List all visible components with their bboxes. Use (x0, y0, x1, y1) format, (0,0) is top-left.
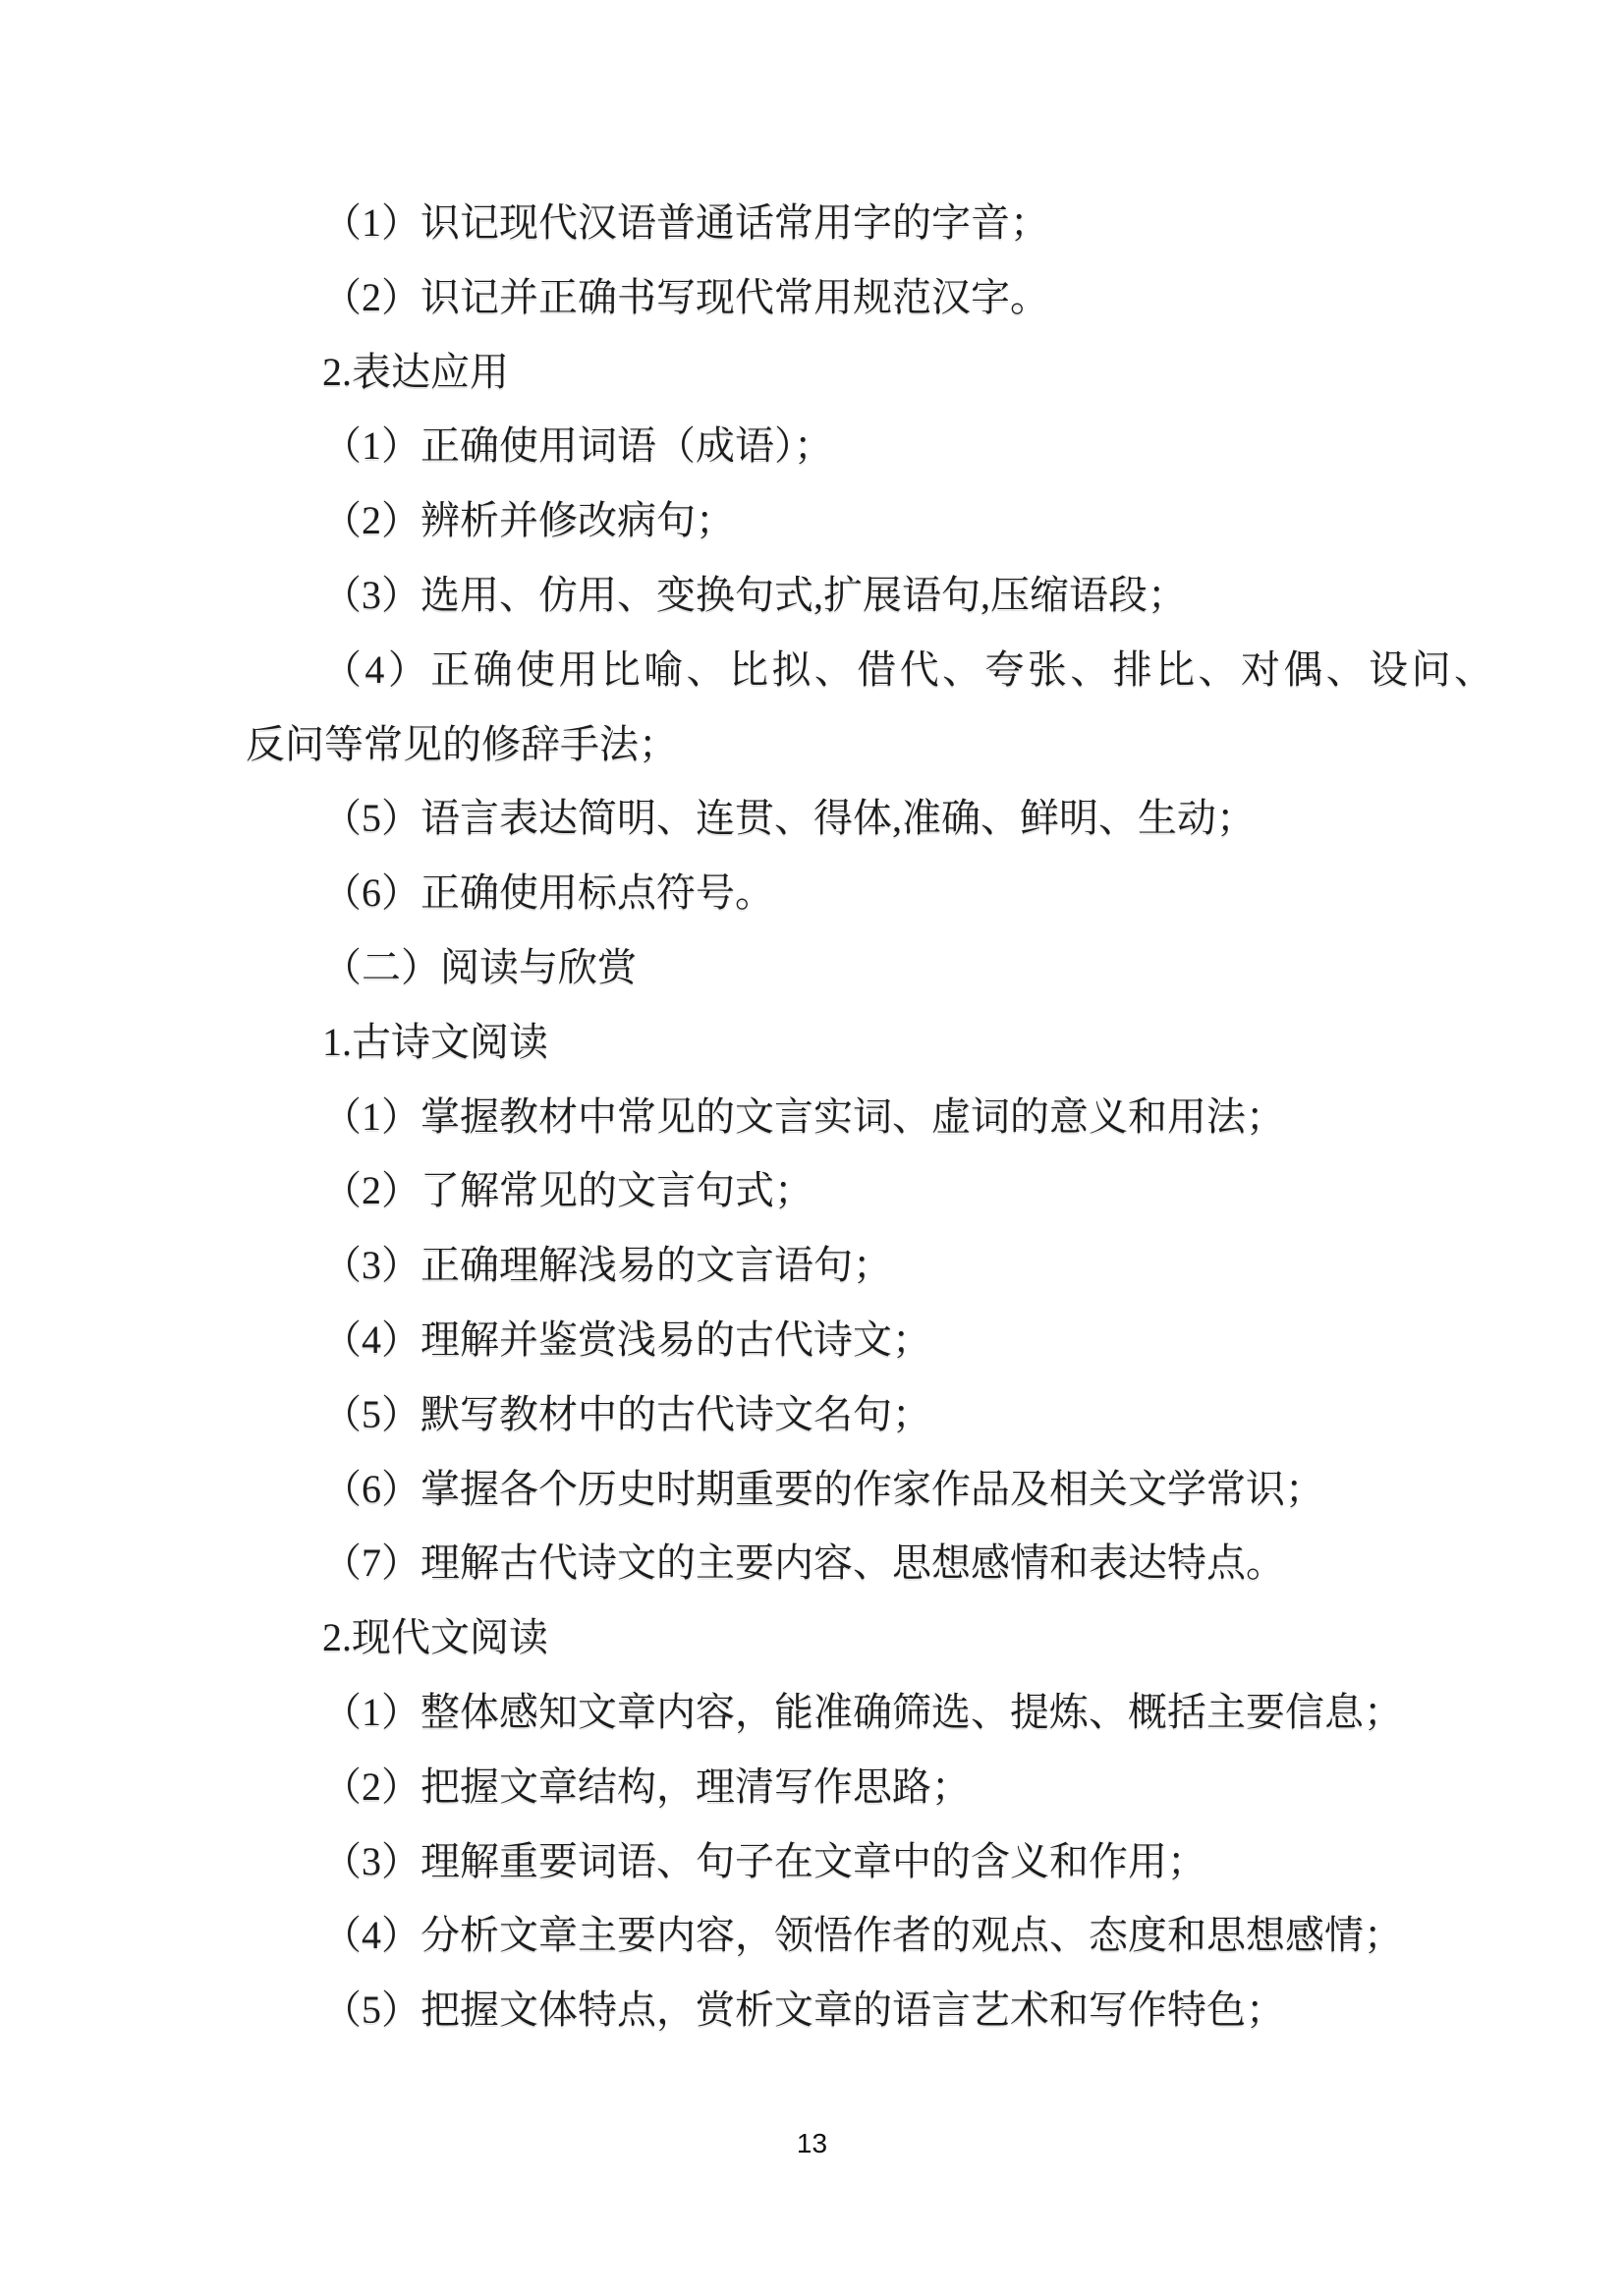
text-line: 1.古诗文阅读 (246, 1005, 1493, 1080)
text-line: （4）正确使用比喻、比拟、借代、夸张、排比、对偶、设问、 (246, 633, 1493, 707)
text-line: （6）正确使用标点符号。 (246, 856, 1493, 930)
text-line: （3）正确理解浅易的文言语句； (246, 1228, 1493, 1303)
text-line: （5）把握文体特点，赏析文章的语言艺术和写作特色； (246, 1973, 1493, 2047)
text-line: （1）整体感知文章内容，能准确筛选、提炼、概括主要信息； (246, 1675, 1493, 1750)
document-page: （1）识记现代汉语普通话常用字的字音；（2）识记并正确书写现代常用规范汉字。2.… (0, 0, 1624, 2296)
text-line: （二）阅读与欣赏 (246, 930, 1493, 1005)
text-line: （2）了解常见的文言句式； (246, 1153, 1493, 1228)
text-line: （4）分析文章主要内容，领悟作者的观点、态度和思想感情； (246, 1898, 1493, 1973)
text-line: 反问等常见的修辞手法； (246, 707, 1493, 782)
text-line: （4）理解并鉴赏浅易的古代诗文； (246, 1303, 1493, 1377)
text-line: （6）掌握各个历史时期重要的作家作品及相关文学常识； (246, 1452, 1493, 1527)
text-line: （2）辨析并修改病句； (246, 483, 1493, 558)
text-line: （3）理解重要词语、句子在文章中的含义和作用； (246, 1824, 1493, 1899)
text-line: （1）识记现代汉语普通话常用字的字音； (246, 186, 1493, 260)
text-line: （1）正确使用词语（成语）； (246, 409, 1493, 483)
document-body: （1）识记现代汉语普通话常用字的字音；（2）识记并正确书写现代常用规范汉字。2.… (246, 186, 1493, 2047)
text-line: （2）识记并正确书写现代常用规范汉字。 (246, 260, 1493, 335)
page-number: 13 (0, 2128, 1624, 2159)
text-line: 2.表达应用 (246, 335, 1493, 410)
text-line: （5）默写教材中的古代诗文名句； (246, 1377, 1493, 1452)
text-line: （1）掌握教材中常见的文言实词、虚词的意义和用法； (246, 1080, 1493, 1154)
text-line: （3）选用、仿用、变换句式,扩展语句,压缩语段； (246, 558, 1493, 633)
text-line: （2）把握文章结构，理清写作思路； (246, 1750, 1493, 1824)
text-line: 2.现代文阅读 (246, 1600, 1493, 1675)
text-line: （7）理解古代诗文的主要内容、思想感情和表达特点。 (246, 1526, 1493, 1600)
text-line: （5）语言表达简明、连贯、得体,准确、鲜明、生动； (246, 781, 1493, 856)
